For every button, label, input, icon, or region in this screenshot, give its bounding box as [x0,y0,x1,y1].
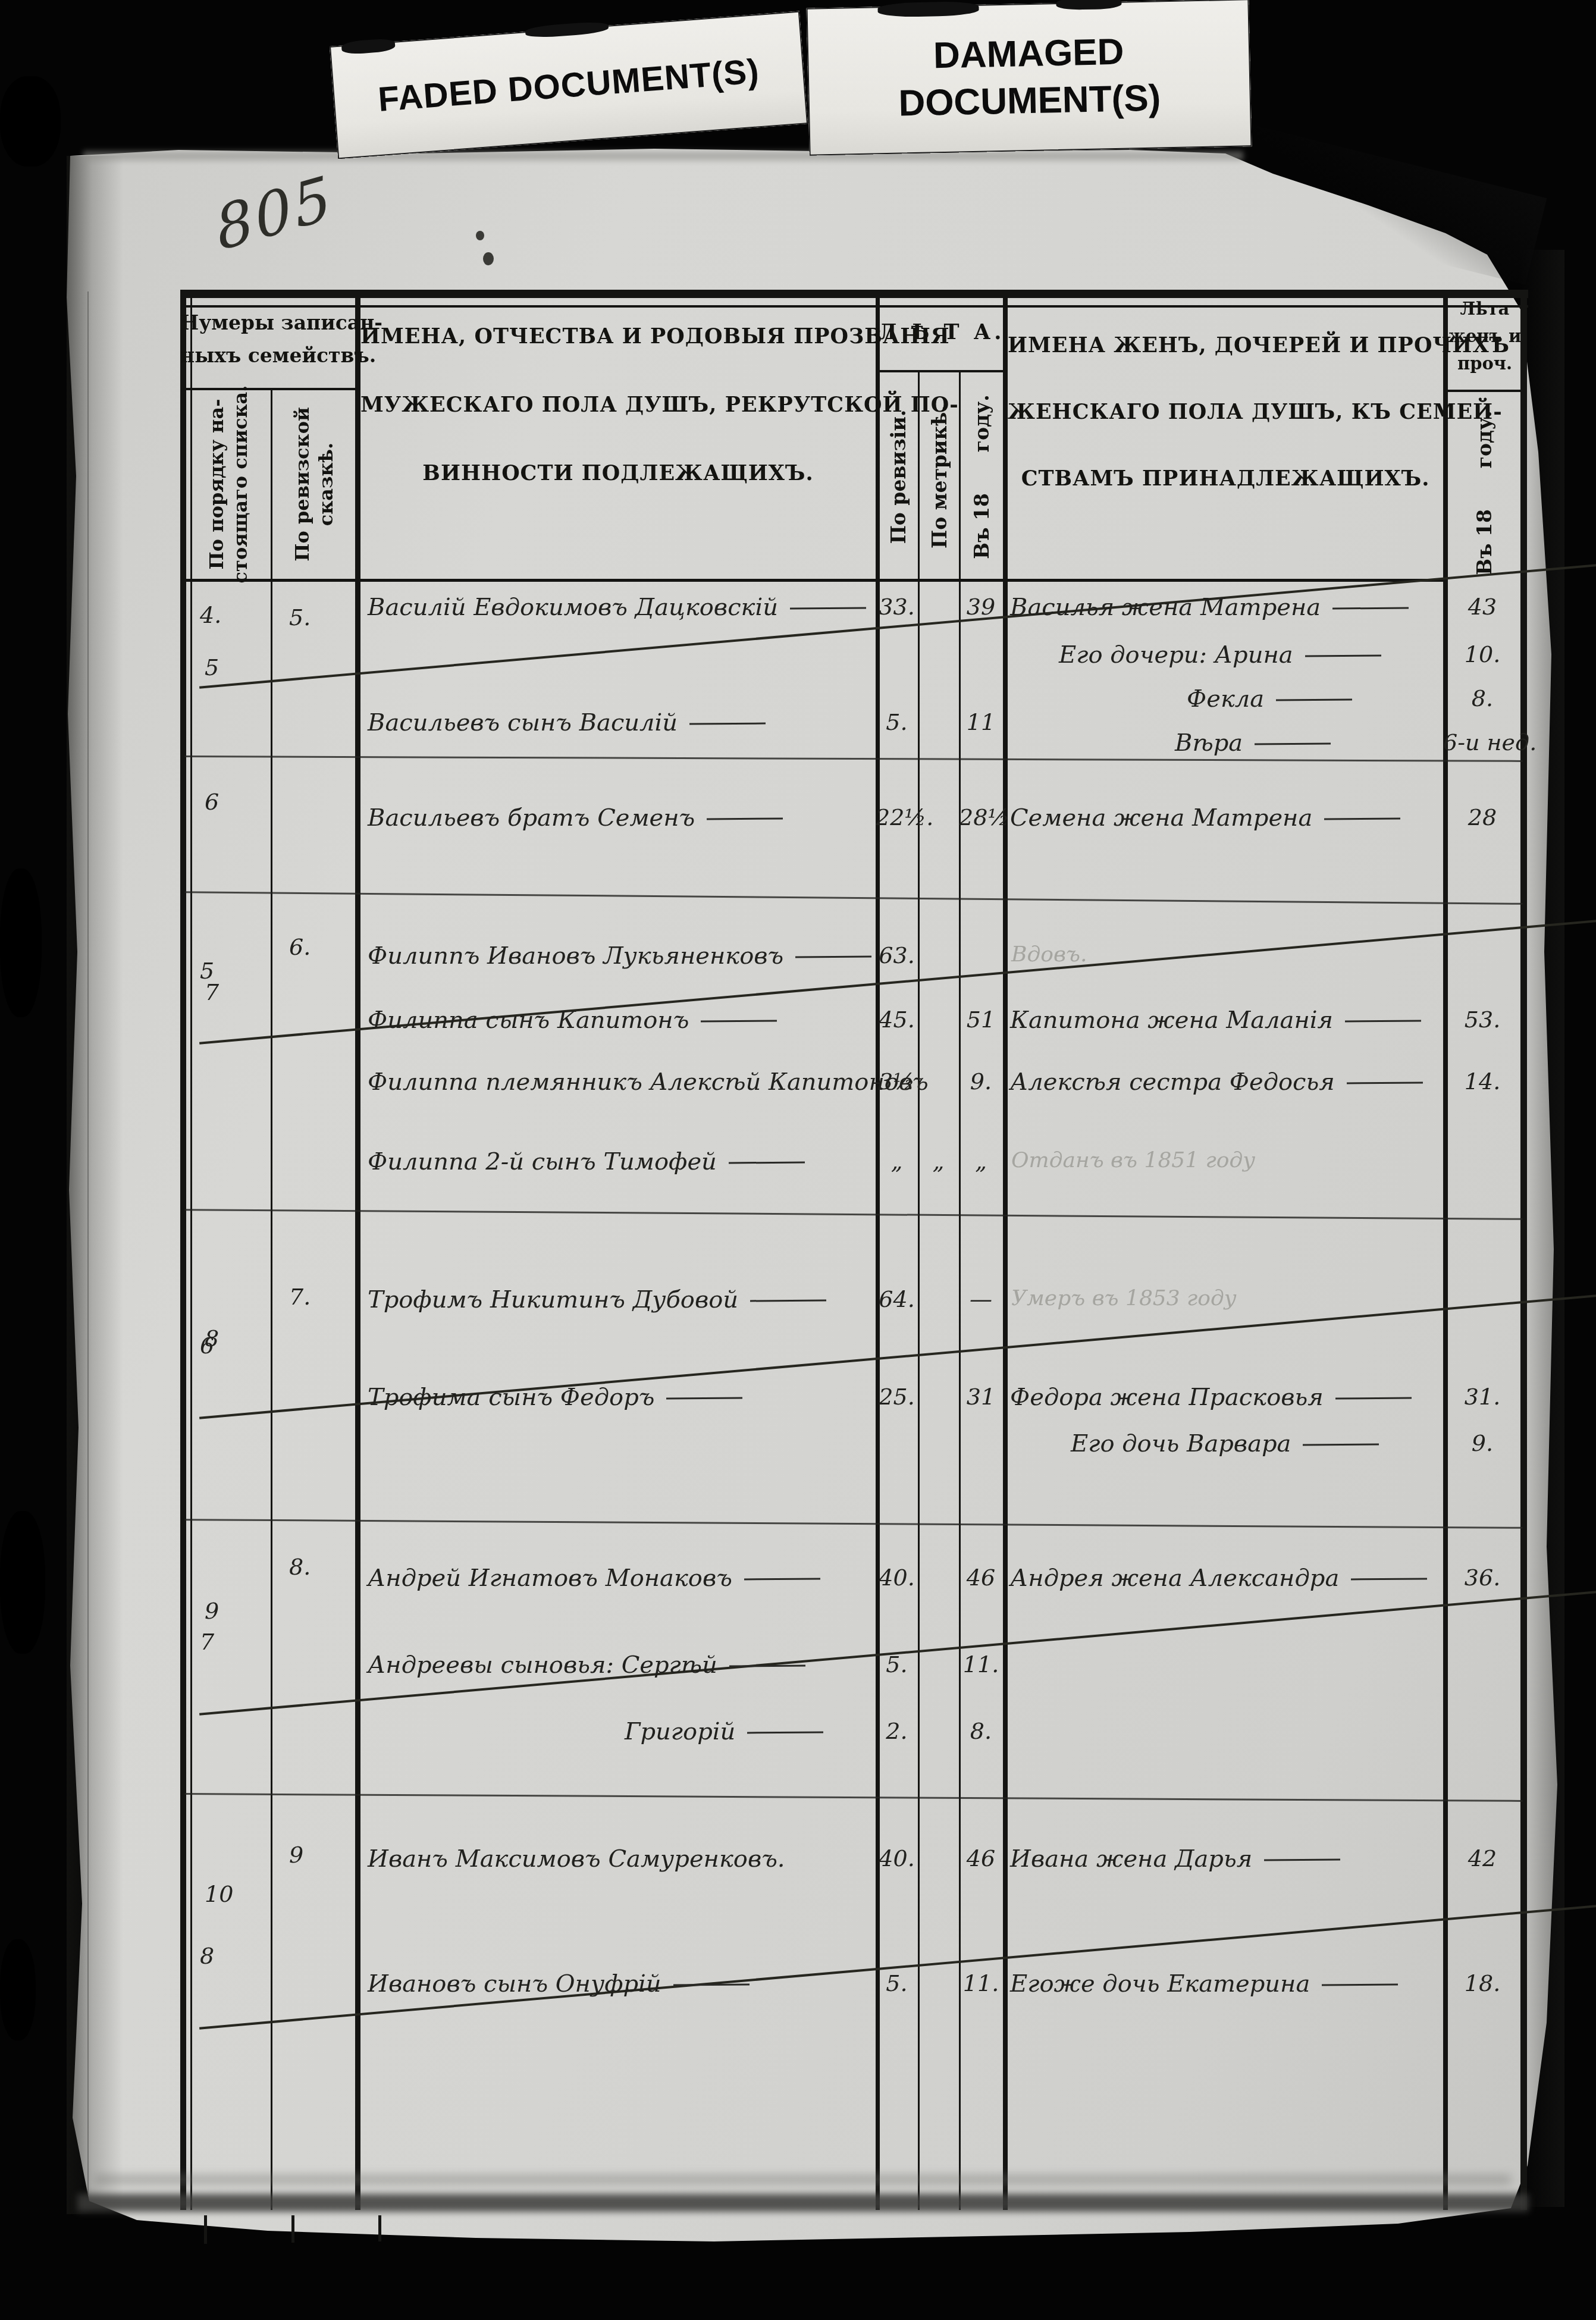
order-no-new: 10 [205,1881,233,1907]
female-age: 9. [1443,1430,1522,1456]
age-by-revision: 33. [876,594,918,620]
header-col-revision-tale-line2: сказкѣ. [314,407,338,562]
wivesyears-header-underline [1443,390,1527,392]
damaged-slip-label-line1: DAMAGED [933,28,1124,79]
left-torn-edge [67,156,123,2214]
binding-blob [0,76,61,167]
bottom-line-stub [204,2215,207,2244]
age-by-metric: „ [918,1148,959,1174]
header-female-names-line2: ЖЕНСКАГО ПОЛА ДУШЪ, КЪ СЕМЕЙ- [1008,400,1443,424]
faded-slip-label: FADED DOCUMENT(S) [377,51,760,120]
header-col-revision-tale-line1: По ревизской [290,407,314,562]
order-no-new: 9 [205,1598,219,1624]
archival-scan-page: 805 Нумеры записан- ныхъ семействъ. По п… [0,0,1596,2320]
col-divider-numbers-malenames [355,290,360,2210]
female-name: Андрея жена Александра [1010,1565,1427,1592]
male-name: Василій Евдокимовъ Дацковскій [368,594,866,621]
male-name: Андреевы сыновья: Сергѣй [368,1651,805,1679]
header-male-names-line1: ИМЕНА, ОТЧЕСТВА И РОДОВЫЯ ПРОЗВАНІЯ [360,324,876,349]
female-age: 28 [1443,804,1522,830]
male-name: Трофима сынъ Федоръ [368,1384,742,1411]
ink-spot [483,252,494,265]
binding-blob [0,869,42,1017]
col-divider-ages-femalenames [1003,290,1008,2210]
header-col-by-revision-text: По ревизіи. [888,410,911,544]
header-col-by-metrics-text: По метрикѣ. [928,405,951,548]
revision-no: 5. [289,604,311,631]
female-age: 14. [1443,1068,1522,1095]
left-margin-rule [87,291,89,2195]
order-no-old: 8 [200,1943,1596,1969]
table-left-border [180,290,186,2210]
header-leta: Л Ѣ Т А. [876,320,1008,344]
slip-tear-mark [1056,0,1121,10]
female-age: 8. [1443,685,1522,711]
age-in-18-year: 8. [959,1718,1003,1744]
male-name: Филиппа 2-й сынъ Тимофей [368,1148,805,1175]
bottom-line-stub [291,2215,294,2243]
female-age: 36. [1443,1565,1522,1591]
age-in-18-year: 46 [959,1565,1003,1591]
header-wives-years-line2: женъ и [1448,326,1522,346]
faint-note: Отданъ въ 1851 году [1011,1148,1255,1172]
male-name: Филиппа племянникъ Алексѣй Капитоновъ [368,1068,929,1096]
age-by-revision: 5. [876,1651,918,1678]
ink-spot [476,231,484,240]
age-by-revision: 40. [876,1845,918,1871]
female-name: Его дочь Варвара [1071,1430,1379,1457]
table-right-border [1520,290,1527,2210]
age-in-18-year: 39 [959,594,1003,620]
age-in-18-year: 11 [959,709,1003,735]
header-family-numbers-line1: Нумеры записан- [180,311,358,334]
header-col-by-metrics: По метрикѣ. [920,375,959,579]
age-by-revision: 5. [876,1970,918,1996]
order-no-new: 6 [205,789,219,815]
female-name: Вѣра [1175,729,1331,757]
age-by-revision: 22½. [876,804,918,830]
female-name: Капитона жена Маланія [1010,1007,1421,1034]
female-name: Семена жена Матрена [1010,804,1400,832]
male-name: Филиппа сынъ Капитонъ [368,1007,777,1034]
table-top-inner-rule [180,305,1528,308]
faint-note: Вдовъ. [1011,942,1087,967]
header-col-revision-tale: По ревизской сказкѣ. [272,390,355,579]
age-by-revision: 25. [876,1384,918,1410]
damaged-slip-label-line2: DOCUMENT(S) [898,74,1161,127]
leta-header-underline [876,370,1008,372]
male-name: Филиппъ Ивановъ Лукьяненковъ [368,942,871,970]
age-by-revision: 40. [876,1565,918,1591]
female-name: Ивана жена Дарья [1010,1845,1340,1873]
age-in-18-year: 11. [959,1970,1003,1996]
header-col-order: По порядку на- стоящаго списка. [186,390,271,579]
header-col-order-line1: По порядку на- [205,385,228,584]
age-in-18-year: 28½ [959,804,1003,830]
female-name: Алексѣя сестра Федосья [1010,1068,1423,1096]
order-no-old: 6 [200,1333,1596,1359]
top-edge-shadow [83,151,1243,161]
age-in-18-year: 9. [959,1068,1003,1095]
order-no-new: 8 [205,1325,219,1352]
female-name: Федора жена Прасковья [1010,1384,1412,1411]
male-name: Ивановъ сынъ Онуфрій [368,1970,750,1998]
male-name: Андрей Игнатовъ Монаковъ [368,1565,820,1592]
damaged-document-slip: DAMAGED DOCUMENT(S) [806,0,1252,156]
header-col-in-18-year: Въ 18 году. [961,375,1003,579]
header-male-names-line3: ВИННОСТИ ПОДЛЕЖАЩИХЪ. [360,461,876,485]
header-wives-years-line1: Лѣта [1448,299,1522,319]
table-top-border [180,290,1528,298]
age-in-18-year: 11. [959,1651,1003,1678]
header-family-numbers-line2: ныхъ семействъ. [180,344,358,367]
revision-no: 8. [289,1554,311,1580]
age-by-revision: 45. [876,1007,918,1033]
female-age: 53. [1443,1007,1522,1033]
header-wives-in-18-year-text: Въ 18 году. [1473,410,1496,575]
revision-no: 6. [289,934,311,960]
male-name: Григорій [625,1718,823,1745]
header-col-by-revision: По ревизіи. [880,375,918,579]
age-in-18-year: 51 [959,1007,1003,1033]
revision-no: 7. [289,1284,311,1310]
slip-tear-mark [877,1,979,18]
male-name: Васильевъ братъ Семенъ [368,804,783,832]
female-name: Василья жена Матрена [1010,594,1409,621]
male-name: Трофимъ Никитинъ Дубовой [368,1286,826,1313]
header-col-in-18-year-text: Въ 18 году. [970,394,993,559]
age-by-revision: 5. [876,709,918,735]
header-female-names-line1: ИМЕНА ЖЕНЪ, ДОЧЕРЕЙ И ПРОЧИХЪ [1008,333,1443,358]
age-by-revision: „ [876,1148,918,1174]
female-age: 6-и нед. [1443,729,1522,755]
age-by-revision: 63. [876,942,918,968]
header-female-names-line3: СТВАМЪ ПРИНАДЛЕЖАЩИХЪ. [1008,466,1443,491]
female-age: 31. [1443,1384,1522,1410]
age-by-revision: 64. [876,1286,918,1312]
bottom-smudge-light [95,2175,1511,2184]
male-name: Васильевъ сынъ Василій [368,709,766,736]
age-in-18-year: „ [959,1148,1003,1174]
female-age: 18. [1443,1970,1522,1996]
col-divider-order-revision [271,388,272,2210]
age-by-revision: 3½ [876,1068,918,1095]
age-in-18-year: — [959,1286,1003,1312]
binding-blob [0,1939,36,2040]
order-no-new: 5 [205,654,219,681]
header-bottom-rule [180,579,1448,582]
header-wives-in-18-year: Въ 18 году. [1448,397,1520,588]
order-no-new: 7 [205,979,219,1005]
header-col-order-line2: стоящаго списка. [228,385,252,584]
bottom-line-stub [378,2215,381,2241]
header-wives-years-line3: проч. [1448,353,1522,374]
female-name: Его дочери: Арина [1059,641,1381,669]
female-age: 42 [1443,1845,1522,1871]
faint-note: Умеръ въ 1853 году [1011,1286,1237,1311]
female-name: Фекла [1187,685,1352,713]
binding-blob [0,1511,45,1654]
col-divider-revision-metric [918,370,920,2210]
age-by-revision: 2. [876,1718,918,1744]
female-name: Егоже дочь Екатерина [1010,1970,1398,1998]
female-age: 43 [1443,594,1522,620]
header-male-names-line2: МУЖЕСКАГО ПОЛА ДУШЪ, РЕКРУТСКОЙ ПО- [360,393,876,417]
female-age: 10. [1443,641,1522,667]
bottom-smudge-dark [77,2194,1529,2212]
male-name: Иванъ Максимовъ Самуренковъ. [368,1845,785,1873]
col-divider-malenames-ages [876,290,880,2210]
age-in-18-year: 46 [959,1845,1003,1871]
revision-no: 9 [289,1842,303,1868]
age-in-18-year: 31 [959,1384,1003,1410]
